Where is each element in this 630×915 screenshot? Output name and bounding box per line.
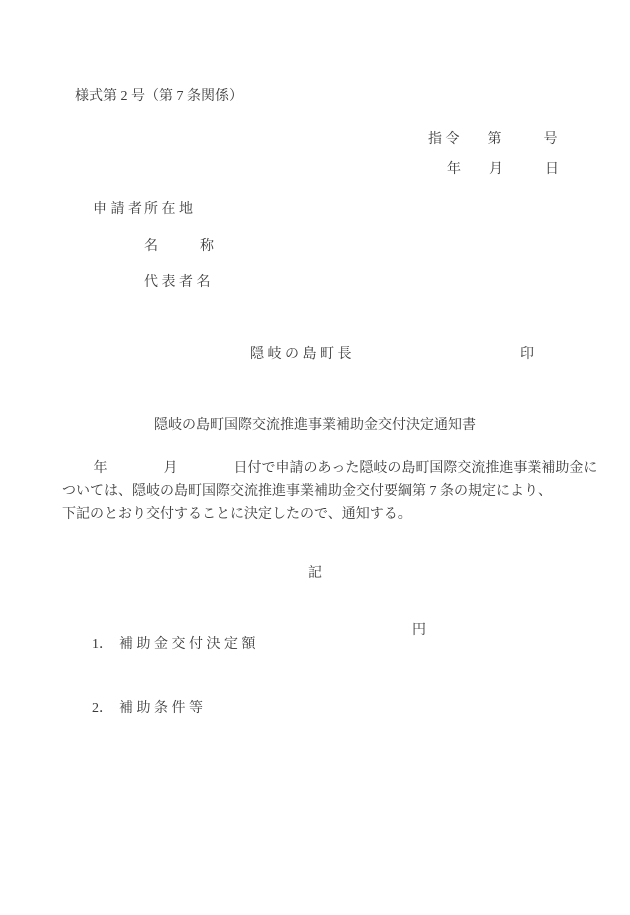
form-number: 様式第 2 号（第 7 条関係）	[75, 90, 243, 104]
applicant-label: 申 請 者	[93, 203, 142, 217]
document-page: 様式第 2 号（第 7 条関係） 指 令 第 号 年 月 日 申 請 者 所 在…	[0, 0, 630, 915]
applicant-address-label: 所 在 地	[144, 203, 193, 217]
seal-mark: 印	[520, 348, 534, 362]
record-marker: 記	[0, 567, 630, 581]
item-label: 補助金交付決定額	[119, 637, 259, 652]
item-label: 補助条件等	[119, 701, 207, 716]
item-conditions: 2．補助条件等	[78, 688, 207, 730]
applicant-representative-label: 代 表 者 名	[144, 276, 211, 290]
item-unit: 円	[412, 624, 426, 638]
directive-number-line: 指 令 第 号	[428, 133, 558, 147]
body-line: 年 月 日付で申請のあった隠岐の島町国際交流推進事業補助金に	[62, 462, 582, 476]
date-line: 年 月 日	[447, 163, 559, 177]
body-line: ついては、隠岐の島町国際交流推進事業補助金交付要綱第 7 条の規定により、	[62, 485, 582, 499]
body-line: 下記のとおり交付することに決定したので、通知する。	[62, 508, 582, 522]
applicant-name-label: 名 称	[144, 240, 214, 254]
item-number: 2．	[92, 701, 113, 716]
mayor-title: 隠 岐 の 島 町 長	[250, 348, 352, 362]
document-title: 隠岐の島町国際交流推進事業補助金交付決定通知書	[0, 419, 630, 433]
item-number: 1．	[92, 637, 113, 652]
item-decision-amount: 1．補助金交付決定額	[78, 624, 259, 666]
